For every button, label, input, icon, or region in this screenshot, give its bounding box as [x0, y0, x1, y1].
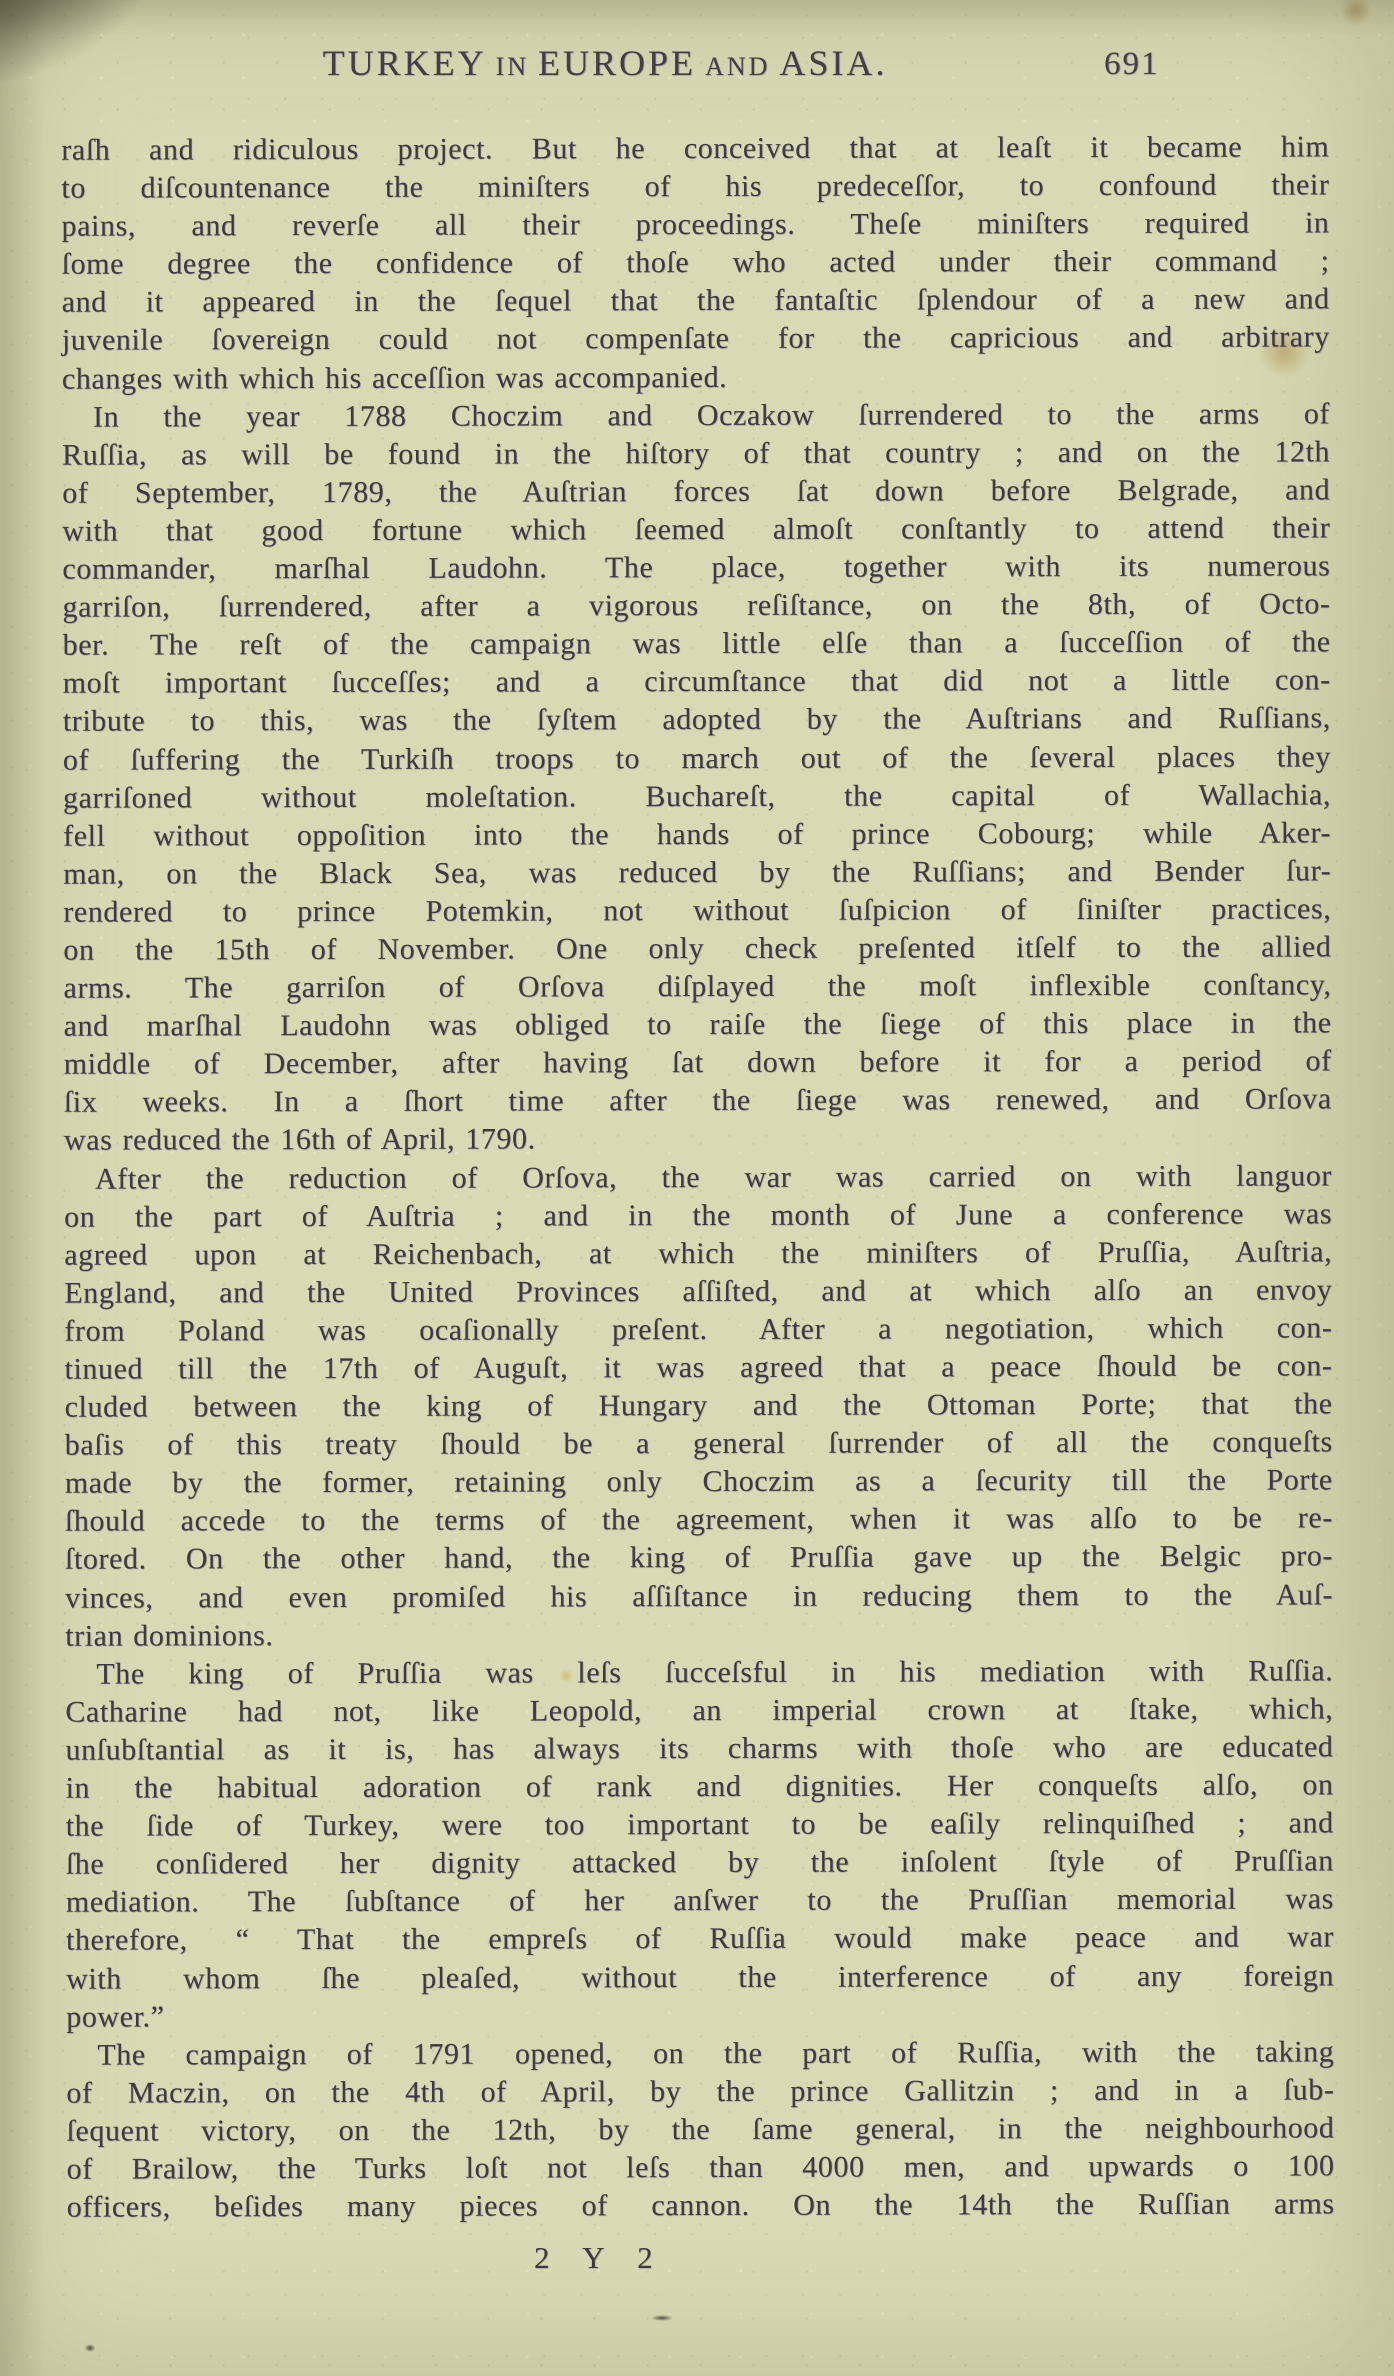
running-title-word: ASIA.: [779, 43, 887, 83]
text-line: The king of Pruſſia was leſs ſucceſsful …: [65, 1652, 1333, 1693]
text-line: garriſon, ſurrendered, after a vigorous …: [62, 585, 1330, 626]
text-line: Ruſſia, as will be found in the hiſtory …: [62, 433, 1330, 474]
text-line: pains, and reverſe all their proceedings…: [61, 205, 1329, 246]
text-line: on the 15th of November. One only check …: [63, 928, 1331, 969]
text-line: arms. The garriſon of Orſova diſplayed t…: [63, 966, 1331, 1007]
text-line: commander, marſhal Laudohn. The place, t…: [62, 547, 1330, 588]
text-line: vinces, and even promiſed his aſſiſtance…: [65, 1576, 1333, 1617]
text-line: to diſcountenance the miniſters of his p…: [61, 166, 1329, 207]
text-line: of ſuffering the Turkiſh troops to march…: [63, 738, 1331, 779]
text-line: trian dominions.: [65, 1614, 1333, 1655]
text-line: man, on the Black Sea, was reduced by th…: [63, 852, 1331, 893]
text-line: raſh and ridiculous project. But he conc…: [61, 128, 1329, 169]
text-line: middle of December, after having ſat dow…: [64, 1043, 1332, 1084]
text-line: Catharine had not, like Leopold, an impe…: [65, 1690, 1333, 1731]
text-line: moſt important ſucceſſes; and a circumſt…: [63, 662, 1331, 703]
text-line: mediation. The ſubſtance of her anſwer t…: [66, 1881, 1334, 1922]
text-line: therefore, “ That the empreſs of Ruſſia …: [66, 1919, 1334, 1960]
text-line: of Maczin, on the 4th of April, by the p…: [66, 2071, 1334, 2112]
running-title-word: EUROPE: [538, 43, 696, 83]
page-number: 691: [1104, 46, 1160, 83]
paragraph: The campaign of 1791 opened, on the part…: [66, 2033, 1334, 2227]
text-line: from Poland was ocaſionally preſent. Aft…: [64, 1309, 1332, 1350]
text-line: tinued till the 17th of Auguſt, it was a…: [64, 1347, 1332, 1388]
text-line: garriſoned without moleſtation. Buchareſ…: [63, 776, 1331, 817]
text-line: with that good fortune which ſeemed almo…: [62, 509, 1330, 550]
page-header: TURKEY IN EUROPE AND ASIA. 691: [0, 42, 1394, 88]
text-line: unſubſtantial as it is, has always its c…: [65, 1728, 1333, 1769]
text-line: ſhe conſidered her dignity attacked by t…: [66, 1843, 1334, 1884]
text-line: rendered to prince Potemkin, not without…: [63, 890, 1331, 931]
text-line: After the reduction of Orſova, the war w…: [64, 1157, 1332, 1198]
paragraph: After the reduction of Orſova, the war w…: [64, 1157, 1333, 1656]
text-line: The campaign of 1791 opened, on the part…: [66, 2033, 1334, 2074]
text-line: fell without oppoſition into the hands o…: [63, 814, 1331, 855]
text-line: juvenile ſovereign could not compenſate …: [62, 319, 1330, 360]
text-line: In the year 1788 Choczim and Oczakow ſur…: [62, 395, 1330, 436]
text-line: on the part of Auſtria ; and in the mont…: [64, 1195, 1332, 1236]
book-page: TURKEY IN EUROPE AND ASIA. 691 raſh and …: [0, 0, 1394, 2376]
text-line: tribute to this, was the ſyſtem adopted …: [63, 700, 1331, 741]
paragraph: In the year 1788 Choczim and Oczakow ſur…: [62, 395, 1332, 1160]
text-line: ſtored. On the other hand, the king of P…: [65, 1538, 1333, 1579]
running-title-word: IN: [494, 52, 531, 81]
text-line: of September, 1789, the Auſtrian forces …: [62, 471, 1330, 512]
text-line: was reduced the 16th of April, 1790.: [64, 1119, 1332, 1160]
text-line: officers, beſides many pieces of cannon.…: [67, 2185, 1335, 2226]
text-line: with whom ſhe pleaſed, without the inter…: [66, 1957, 1334, 1998]
text-line: ber. The reſt of the campaign was little…: [63, 624, 1331, 665]
paragraph: raſh and ridiculous project. But he conc…: [61, 128, 1330, 398]
text-line: the ſide of Turkey, were too important t…: [66, 1804, 1334, 1845]
signature-mark: 2 Y 2: [534, 2240, 666, 2276]
text-line: in the habitual adoration of rank and di…: [66, 1766, 1334, 1807]
text-line: agreed upon at Reichenbach, at which the…: [64, 1233, 1332, 1274]
text-line: baſis of this treaty ſhould be a general…: [65, 1424, 1333, 1465]
running-title-word: TURKEY: [323, 43, 487, 83]
running-title: TURKEY IN EUROPE AND ASIA.: [190, 42, 1020, 84]
text-line: power.”: [66, 1995, 1334, 2036]
text-line: and it appeared in the ſequel that the f…: [62, 281, 1330, 322]
text-line: ſome degree the confidence of thoſe who …: [62, 243, 1330, 284]
text-line: changes with which his acceſſion was acc…: [62, 357, 1330, 398]
text-line: cluded between the king of Hungary and t…: [65, 1385, 1333, 1426]
text-line: and marſhal Laudohn was obliged to raiſe…: [64, 1004, 1332, 1045]
text-line: ſix weeks. In a ſhort time after the ſie…: [64, 1081, 1332, 1122]
paragraph: The king of Pruſſia was leſs ſucceſsful …: [65, 1652, 1334, 2036]
body-text: raſh and ridiculous project. But he conc…: [61, 128, 1334, 2226]
text-line: ſequent victory, on the 12th, by the ſam…: [66, 2109, 1334, 2150]
running-title-word: AND: [703, 52, 772, 81]
text-line: of Brailow, the Turks loſt not leſs than…: [67, 2147, 1335, 2188]
text-line: made by the former, retaining only Chocz…: [65, 1462, 1333, 1503]
text-line: ſhould accede to the terms of the agreem…: [65, 1500, 1333, 1541]
text-line: England, and the United Provinces aſſiſt…: [64, 1271, 1332, 1312]
